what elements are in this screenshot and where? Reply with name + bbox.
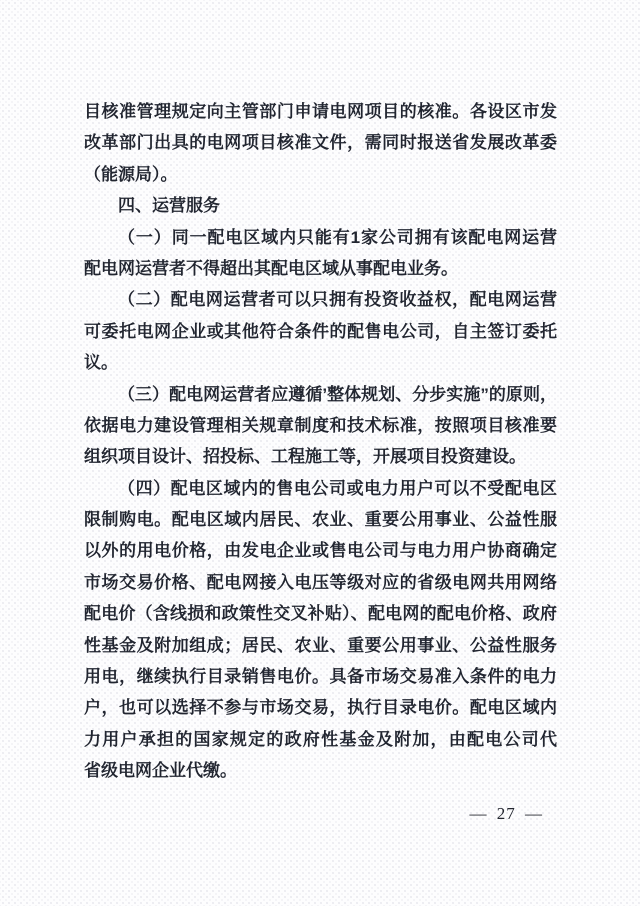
text-line: 市场交易价格、配电网接入电压等级对应的省级电网共用网络输 — [84, 567, 557, 598]
page-number: — 27 — — [470, 804, 544, 824]
text-line: （四）配电区域内的售电公司或电力用户可以不受配电区域 — [84, 473, 557, 504]
text-line: 性基金及附加组成；居民、农业、重要公用事业、公益性服务等 — [84, 630, 557, 661]
document-body: 目核准管理规定向主管部门申请电网项目的核准。各设区市发展改革部门出具的电网项目核… — [84, 96, 557, 787]
text-line: 限制购电。配电区域内居民、农业、重要公用事业、公益性服务 — [84, 504, 557, 535]
text-line: 可委托电网企业或其他符合条件的配售电公司，自主签订委托协 — [84, 316, 557, 347]
text-line: 省级电网企业代缴。 — [84, 755, 557, 786]
text-line: （二）配电网运营者可以只拥有投资收益权，配电网运营权 — [84, 284, 557, 315]
text-line: 户，也可以选择不参与市场交易，执行目录电价。配电区域内电 — [84, 692, 557, 723]
text-line: 组织项目设计、招投标、工程施工等，开展项目投资建设。 — [84, 441, 557, 472]
text-line: （一）同一配电区域内只能有1家公司拥有该配电网运营权。 — [84, 222, 557, 253]
text-line: 改革部门出具的电网项目核准文件，需同时报送省发展改革委 — [84, 127, 557, 158]
text-line: （能源局）。 — [84, 159, 557, 190]
text-line: 力用户承担的国家规定的政府性基金及附加，由配电公司代收、 — [84, 724, 557, 755]
text-line: 用电，继续执行目录销售电价。具备市场交易准入条件的电力用 — [84, 661, 557, 692]
section-heading: 四、运营服务 — [84, 190, 557, 221]
text-line: 依据电力建设管理相关规章制度和技术标准，按照项目核准要求 — [84, 410, 557, 441]
text-line: （三）配电网运营者应遵循’整体规划、分步实施”的原则， — [84, 379, 557, 410]
text-line: 配电价（含线损和政策性交叉补贴）、配电网的配电价格、政府 — [84, 598, 557, 629]
scanned-document-page: 目核准管理规定向主管部门申请电网项目的核准。各设区市发展改革部门出具的电网项目核… — [0, 0, 640, 906]
text-line: 以外的用电价格，由发电企业或售电公司与电力用户协商确定的 — [84, 535, 557, 566]
text-line: 议。 — [84, 347, 557, 378]
text-line: 目核准管理规定向主管部门申请电网项目的核准。各设区市发展 — [84, 96, 557, 127]
text-line: 配电网运营者不得超出其配电区域从事配电业务。 — [84, 253, 557, 284]
